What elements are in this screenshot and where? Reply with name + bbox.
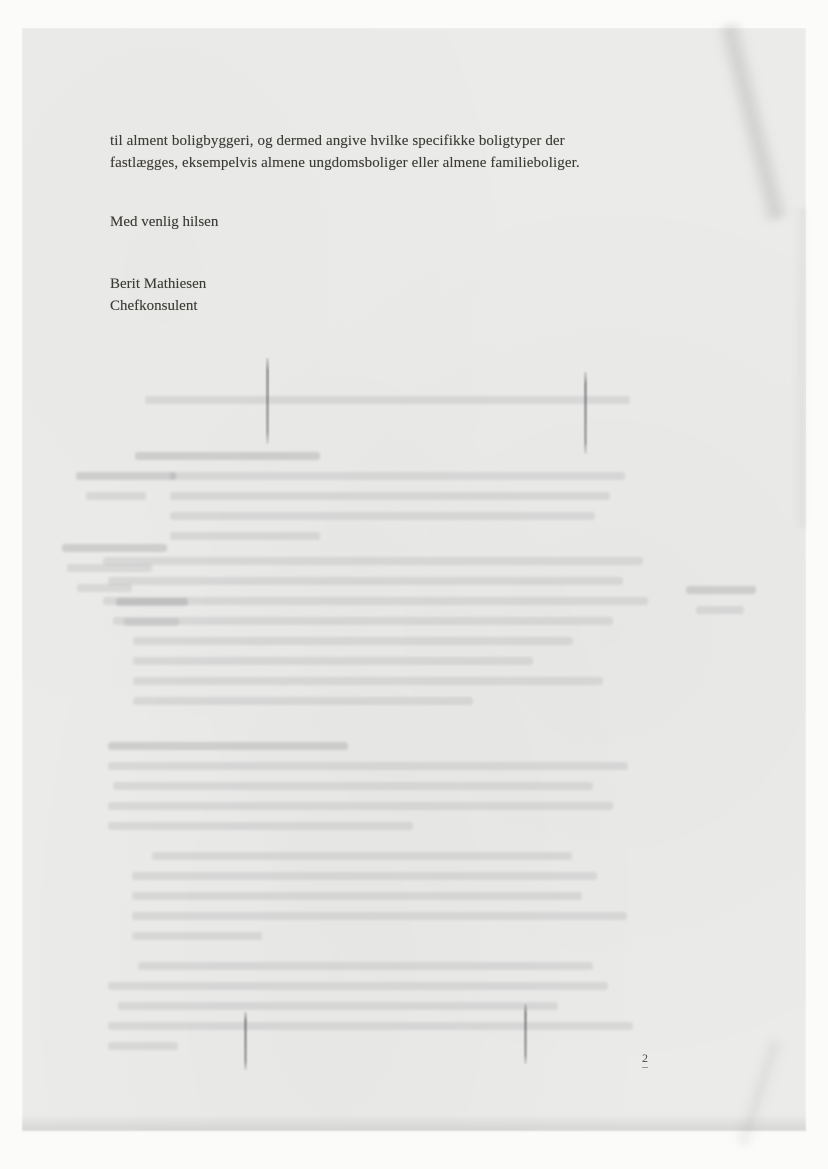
bleedthrough-text-line: [135, 452, 320, 460]
bleedthrough-text-line: [108, 802, 613, 810]
bleedthrough-text-line: [132, 872, 597, 880]
bleedthrough-text-line: [133, 697, 473, 705]
bleedthrough-text-line: [133, 677, 603, 685]
letter-body-paragraph: til alment boligbyggeri, og dermed angiv…: [110, 131, 580, 174]
bleedthrough-text-line: [62, 544, 167, 552]
bleedthrough-text-line: [170, 532, 320, 540]
bleedthrough-text-line: [103, 557, 643, 565]
body-line-1: til alment boligbyggeri, og dermed angiv…: [110, 133, 565, 149]
scanner-background: { "document": { "body_lines": [ "til alm…: [0, 0, 828, 1169]
page-corner-shadow: [732, 1037, 787, 1148]
bleedthrough-text-line: [152, 852, 572, 860]
bleedthrough-text-line: [108, 982, 608, 990]
bleedthrough-text-line: [686, 586, 756, 594]
page-bottom-edge-shadow: [22, 1115, 806, 1131]
signature-block: Berit Mathiesen Chefkonsulent: [110, 274, 206, 317]
bleedthrough-text-line: [116, 598, 188, 606]
fold-mark: [266, 358, 269, 444]
bleedthrough-text-line: [138, 962, 593, 970]
bleedthrough-text-line: [133, 637, 573, 645]
bleedthrough-text-line: [76, 472, 176, 480]
bleedthrough-text-line: [145, 396, 630, 404]
page-right-edge-shadow: [792, 208, 806, 528]
bleedthrough-text-line: [170, 472, 625, 480]
bleedthrough-text-line: [170, 512, 595, 520]
bleedthrough-text-line: [118, 1002, 558, 1010]
bleedthrough-text-line: [132, 932, 262, 940]
page-number: 2: [642, 1051, 648, 1068]
bleedthrough-text-line: [124, 618, 179, 626]
bleedthrough-text-line: [132, 912, 627, 920]
bleedthrough-text-line: [86, 492, 146, 500]
signature-name: Berit Mathiesen: [110, 274, 206, 296]
bleedthrough-text-line: [170, 492, 610, 500]
bleedthrough-text-line: [77, 584, 132, 592]
page-crease-shadow: [714, 21, 791, 222]
bleedthrough-text-line: [108, 1022, 633, 1030]
bleedthrough-text-line: [108, 742, 348, 750]
fold-mark: [524, 1004, 527, 1064]
bleedthrough-text-line: [67, 564, 152, 572]
signature-title: Chefkonsulent: [110, 296, 206, 318]
bleedthrough-text-line: [113, 617, 613, 625]
fold-mark: [244, 1012, 247, 1070]
closing-salutation: Med venlig hilsen: [110, 214, 218, 231]
bleedthrough-text-line: [696, 606, 744, 614]
bleedthrough-text-line: [108, 822, 413, 830]
body-line-2: fastlægges, eksempelvis almene ungdomsbo…: [110, 155, 580, 171]
bleedthrough-text-line: [108, 762, 628, 770]
bleedthrough-text-line: [132, 892, 582, 900]
bleedthrough-text-line: [108, 1042, 178, 1050]
bleedthrough-text-line: [113, 782, 593, 790]
bleedthrough-text-line: [133, 657, 533, 665]
bleedthrough-text-line: [108, 577, 623, 585]
fold-mark: [584, 372, 587, 454]
scan-page: til alment boligbyggeri, og dermed angiv…: [22, 28, 806, 1131]
